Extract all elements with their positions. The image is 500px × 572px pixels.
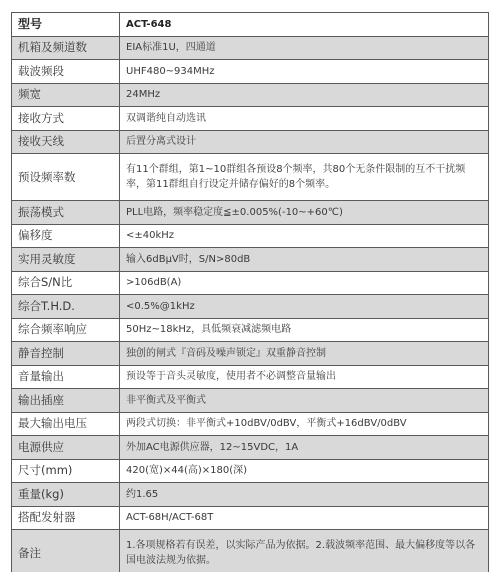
row-label: 频宽 <box>12 83 120 107</box>
row-value: 420(宽)×44(高)×180(深) <box>120 459 489 483</box>
table-row: 最大输出电压 两段式切换：非平衡式+10dBV/0dBV，平衡式+16dBV/0… <box>12 412 489 436</box>
row-value: 1.各项规格若有误差，以实际产品为依据。2.载波频率范围、最大偏移度等以各国电波… <box>120 530 489 572</box>
row-label: 偏移度 <box>12 224 120 248</box>
row-label: 搭配发射器 <box>12 506 120 530</box>
row-value: 约1.65 <box>120 483 489 507</box>
table-row: 电源供应 外加AC电源供应器，12~15VDC，1A <box>12 436 489 460</box>
table-row: 综合频率响应 50Hz~18kHz，具低频衰减滤频电路 <box>12 318 489 342</box>
row-label: 综合T.H.D. <box>12 295 120 319</box>
row-value: 24MHz <box>120 83 489 107</box>
row-value: 后置分离式设计 <box>120 130 489 154</box>
row-label: 接收方式 <box>12 107 120 131</box>
row-value: 独创的闸式『音码及噪声锁定』双重静音控制 <box>120 342 489 366</box>
row-value: 非平衡式及平衡式 <box>120 389 489 413</box>
table-row: 备注 1.各项规格若有误差，以实际产品为依据。2.载波频率范围、最大偏移度等以各… <box>12 530 489 572</box>
table-row: 偏移度 <±40kHz <box>12 224 489 248</box>
row-label: 型号 <box>12 13 120 37</box>
row-label: 接收天线 <box>12 130 120 154</box>
row-value: ACT-68H/ACT-68T <box>120 506 489 530</box>
table-row: 重量(kg) 约1.65 <box>12 483 489 507</box>
table-row: 振荡模式 PLL电路，频率稳定度≦±0.005%(-10~+60℃) <box>12 201 489 225</box>
table-row: 综合T.H.D. <0.5%@1kHz <box>12 295 489 319</box>
row-value: 外加AC电源供应器，12~15VDC，1A <box>120 436 489 460</box>
row-label: 尺寸(mm) <box>12 459 120 483</box>
table-row: 静音控制 独创的闸式『音码及噪声锁定』双重静音控制 <box>12 342 489 366</box>
row-value: ACT-648 <box>120 13 489 37</box>
table-row: 接收天线 后置分离式设计 <box>12 130 489 154</box>
table-row: 预设频率数 有11个群组，第1~10群组各预设8个频率，共80个无条件限制的互不… <box>12 154 489 201</box>
table-row: 机箱及频道数 EIA标准1U，四通道 <box>12 36 489 60</box>
row-label: 预设频率数 <box>12 154 120 201</box>
row-label: 载波频段 <box>12 60 120 84</box>
row-value: <0.5%@1kHz <box>120 295 489 319</box>
row-value: 50Hz~18kHz，具低频衰减滤频电路 <box>120 318 489 342</box>
row-label: 振荡模式 <box>12 201 120 225</box>
row-value: 双调谐纯自动选讯 <box>120 107 489 131</box>
row-label: 综合S/N比 <box>12 271 120 295</box>
row-value: <±40kHz <box>120 224 489 248</box>
row-label: 重量(kg) <box>12 483 120 507</box>
row-label: 音量输出 <box>12 365 120 389</box>
row-label: 实用灵敏度 <box>12 248 120 272</box>
table-row: 输出插座 非平衡式及平衡式 <box>12 389 489 413</box>
row-value: 两段式切换：非平衡式+10dBV/0dBV，平衡式+16dBV/0dBV <box>120 412 489 436</box>
row-value: EIA标准1U，四通道 <box>120 36 489 60</box>
table-row: 频宽 24MHz <box>12 83 489 107</box>
table-row: 搭配发射器 ACT-68H/ACT-68T <box>12 506 489 530</box>
table-row: 综合S/N比 >106dB(A) <box>12 271 489 295</box>
table-row: 载波频段 UHF480~934MHz <box>12 60 489 84</box>
table-row-model: 型号 ACT-648 <box>12 13 489 37</box>
row-label: 机箱及频道数 <box>12 36 120 60</box>
row-value: UHF480~934MHz <box>120 60 489 84</box>
table-row: 音量输出 预设等于音头灵敏度，使用者不必调整音量输出 <box>12 365 489 389</box>
row-label: 最大输出电压 <box>12 412 120 436</box>
row-value: 预设等于音头灵敏度，使用者不必调整音量输出 <box>120 365 489 389</box>
spec-table: 型号 ACT-648 机箱及频道数 EIA标准1U，四通道 载波频段 UHF48… <box>11 12 489 572</box>
row-label: 综合频率响应 <box>12 318 120 342</box>
row-label: 静音控制 <box>12 342 120 366</box>
row-label: 电源供应 <box>12 436 120 460</box>
row-value: >106dB(A) <box>120 271 489 295</box>
row-value: 有11个群组，第1~10群组各预设8个频率，共80个无条件限制的互不干扰频率，第… <box>120 154 489 201</box>
table-row: 实用灵敏度 输入6dBμV时，S/N>80dB <box>12 248 489 272</box>
row-value: PLL电路，频率稳定度≦±0.005%(-10~+60℃) <box>120 201 489 225</box>
row-value: 输入6dBμV时，S/N>80dB <box>120 248 489 272</box>
table-row: 尺寸(mm) 420(宽)×44(高)×180(深) <box>12 459 489 483</box>
row-label: 备注 <box>12 530 120 572</box>
row-label: 输出插座 <box>12 389 120 413</box>
table-row: 接收方式 双调谐纯自动选讯 <box>12 107 489 131</box>
